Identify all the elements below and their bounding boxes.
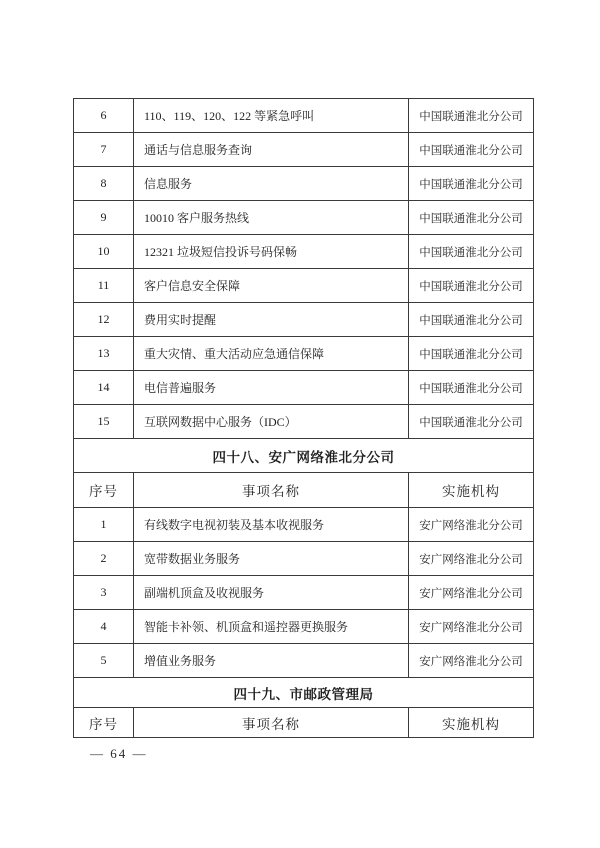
- section-48-column-headers: 序号 事项名称 实施机构: [74, 473, 534, 508]
- cell-seq: 1: [74, 508, 134, 542]
- cell-seq: 9: [74, 201, 134, 235]
- table-row: 6 110、119、120、122 等紧急呼叫 中国联通淮北分公司: [74, 99, 534, 133]
- cell-seq: 6: [74, 99, 134, 133]
- cell-org: 安广网络淮北分公司: [409, 610, 534, 644]
- cell-seq: 8: [74, 167, 134, 201]
- table-row: 12 费用实时提醒 中国联通淮北分公司: [74, 303, 534, 337]
- header-seq: 序号: [74, 708, 134, 738]
- cell-item: 副端机顶盒及收视服务: [134, 576, 409, 610]
- cell-seq: 15: [74, 405, 134, 439]
- table-row: 9 10010 客户服务热线 中国联通淮北分公司: [74, 201, 534, 235]
- cell-item: 重大灾情、重大活动应急通信保障: [134, 337, 409, 371]
- cell-item: 电信普遍服务: [134, 371, 409, 405]
- section-48-title: 四十八、安广网络淮北分公司: [74, 439, 534, 473]
- header-seq: 序号: [74, 473, 134, 508]
- table-row: 10 12321 垃圾短信投诉号码保畅 中国联通淮北分公司: [74, 235, 534, 269]
- document-page: 6 110、119、120、122 等紧急呼叫 中国联通淮北分公司 7 通话与信…: [0, 0, 600, 848]
- cell-seq: 13: [74, 337, 134, 371]
- cell-item: 互联网数据中心服务（IDC）: [134, 405, 409, 439]
- cell-org: 中国联通淮北分公司: [409, 269, 534, 303]
- cell-item: 通话与信息服务查询: [134, 133, 409, 167]
- table-row: 2 宽带数据业务服务 安广网络淮北分公司: [74, 542, 534, 576]
- cell-seq: 12: [74, 303, 134, 337]
- service-items-table: 6 110、119、120、122 等紧急呼叫 中国联通淮北分公司 7 通话与信…: [73, 98, 534, 738]
- cell-item: 增值业务服务: [134, 644, 409, 678]
- cell-org: 中国联通淮北分公司: [409, 371, 534, 405]
- cell-item: 12321 垃圾短信投诉号码保畅: [134, 235, 409, 269]
- cell-seq: 3: [74, 576, 134, 610]
- cell-org: 中国联通淮北分公司: [409, 99, 534, 133]
- cell-item: 费用实时提醒: [134, 303, 409, 337]
- cell-org: 安广网络淮北分公司: [409, 576, 534, 610]
- cell-org: 中国联通淮北分公司: [409, 133, 534, 167]
- table-row: 1 有线数字电视初装及基本收视服务 安广网络淮北分公司: [74, 508, 534, 542]
- cell-item: 客户信息安全保障: [134, 269, 409, 303]
- table-row: 13 重大灾情、重大活动应急通信保障 中国联通淮北分公司: [74, 337, 534, 371]
- cell-item: 10010 客户服务热线: [134, 201, 409, 235]
- cell-item: 110、119、120、122 等紧急呼叫: [134, 99, 409, 133]
- cell-seq: 14: [74, 371, 134, 405]
- header-org: 实施机构: [409, 473, 534, 508]
- table-row: 8 信息服务 中国联通淮北分公司: [74, 167, 534, 201]
- cell-org: 安广网络淮北分公司: [409, 644, 534, 678]
- table-row: 15 互联网数据中心服务（IDC） 中国联通淮北分公司: [74, 405, 534, 439]
- table-row: 4 智能卡补领、机顶盒和遥控器更换服务 安广网络淮北分公司: [74, 610, 534, 644]
- section-49-column-headers: 序号 事项名称 实施机构: [74, 708, 534, 738]
- cell-seq: 5: [74, 644, 134, 678]
- cell-item: 宽带数据业务服务: [134, 542, 409, 576]
- table-row: 14 电信普遍服务 中国联通淮北分公司: [74, 371, 534, 405]
- table-row: 5 增值业务服务 安广网络淮北分公司: [74, 644, 534, 678]
- cell-item: 信息服务: [134, 167, 409, 201]
- cell-item: 智能卡补领、机顶盒和遥控器更换服务: [134, 610, 409, 644]
- section-49-title: 四十九、市邮政管理局: [74, 678, 534, 708]
- cell-org: 中国联通淮北分公司: [409, 167, 534, 201]
- section-49-header-row: 四十九、市邮政管理局: [74, 678, 534, 708]
- cell-org: 中国联通淮北分公司: [409, 201, 534, 235]
- cell-org: 中国联通淮北分公司: [409, 303, 534, 337]
- cell-org: 中国联通淮北分公司: [409, 405, 534, 439]
- section-48-header-row: 四十八、安广网络淮北分公司: [74, 439, 534, 473]
- table-row: 7 通话与信息服务查询 中国联通淮北分公司: [74, 133, 534, 167]
- cell-item: 有线数字电视初装及基本收视服务: [134, 508, 409, 542]
- page-number: — 64 —: [90, 746, 148, 762]
- header-org: 实施机构: [409, 708, 534, 738]
- cell-seq: 7: [74, 133, 134, 167]
- header-item: 事项名称: [134, 473, 409, 508]
- table-row: 11 客户信息安全保障 中国联通淮北分公司: [74, 269, 534, 303]
- cell-org: 中国联通淮北分公司: [409, 235, 534, 269]
- header-item: 事项名称: [134, 708, 409, 738]
- cell-seq: 4: [74, 610, 134, 644]
- cell-seq: 10: [74, 235, 134, 269]
- cell-org: 安广网络淮北分公司: [409, 542, 534, 576]
- cell-org: 中国联通淮北分公司: [409, 337, 534, 371]
- cell-seq: 2: [74, 542, 134, 576]
- cell-seq: 11: [74, 269, 134, 303]
- table-row: 3 副端机顶盒及收视服务 安广网络淮北分公司: [74, 576, 534, 610]
- cell-org: 安广网络淮北分公司: [409, 508, 534, 542]
